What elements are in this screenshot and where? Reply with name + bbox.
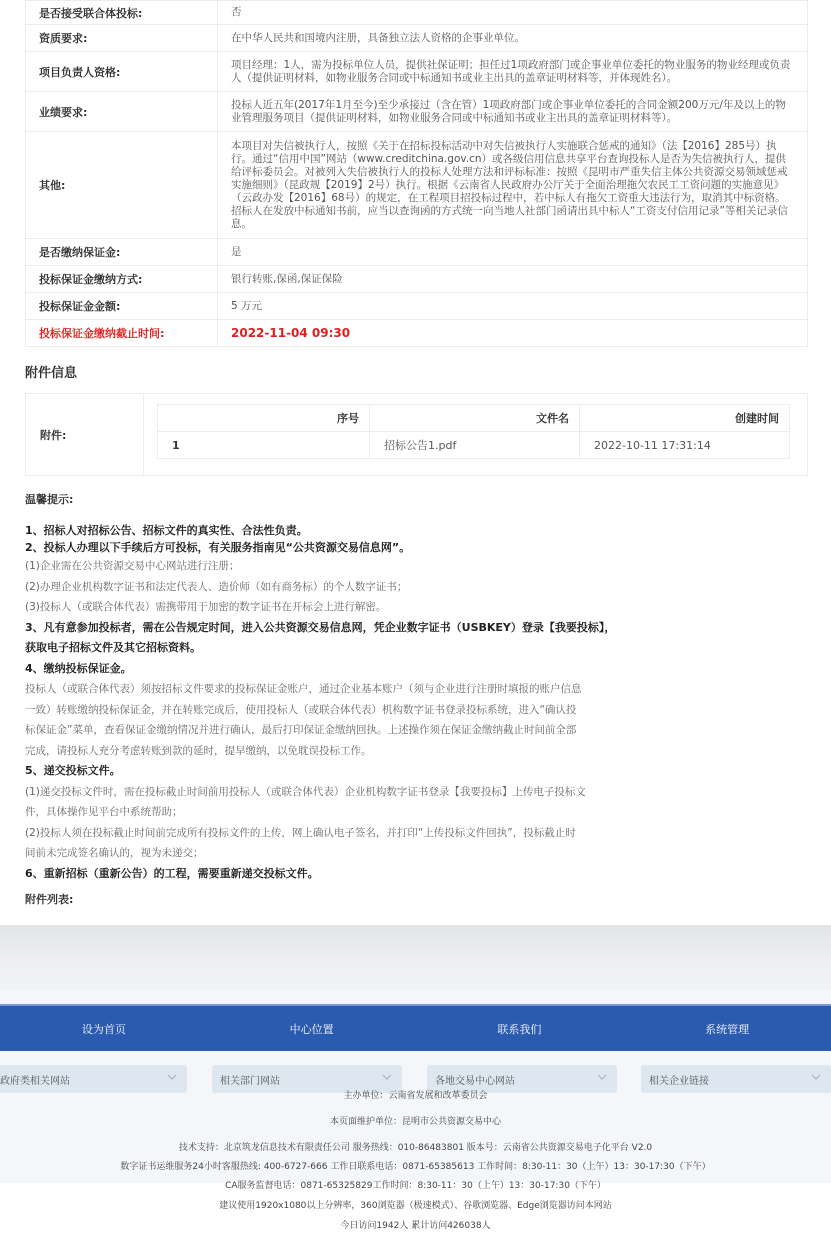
table-row: 1 招标公告1.pdf 2022-10-11 17:31:14 xyxy=(158,432,790,459)
tip-line: 3、凡有意参加投标者，需在公告规定时间，进入公共资源交易信息网，凭企业数字证书（… xyxy=(25,618,625,639)
info-label: 其他: xyxy=(26,132,218,239)
info-value: 在中华人民共和国境内注册，具备独立法人资格的企事业单位。 xyxy=(218,25,808,52)
attachment-created: 2022-10-11 17:31:14 xyxy=(580,432,790,459)
footer-sponsor: 主办单位：云南省发展和改革委员会 xyxy=(0,1088,831,1101)
select-label: 相关部门网站 xyxy=(220,1072,280,1087)
info-row-deposit-amount: 投标保证金金额: 5 万元 xyxy=(26,293,808,320)
info-value: 否 xyxy=(218,1,808,25)
tender-info-table: 是否接受联合体投标: 否 资质要求: 在中华人民共和国境内注册，具备独立法人资格… xyxy=(25,0,808,347)
info-row-deposit-required: 是否缴纳保证金: 是 xyxy=(26,239,808,266)
footer-nav-center-location[interactable]: 中心位置 xyxy=(208,1006,416,1051)
tip-line: 5、递交投标文件。 xyxy=(25,761,625,782)
footer-tech-support: 技术支持：北京筑龙信息技术有限责任公司 服务热线：010-86483801 版本… xyxy=(0,1140,831,1153)
info-row-manager-qualification: 项目负责人资格: 项目经理：1人，需为投标单位人员，提供社保证明；担任过1项政府… xyxy=(26,52,808,92)
tip-line: (2)投标人须在投标截止时间前完成所有投标文件的上传，网上确认电子签名，并打印“… xyxy=(25,823,625,844)
attachment-filename-link[interactable]: 招标公告1.pdf xyxy=(370,432,580,459)
attachments-box: 附件: 序号 文件名 创建时间 1 招标公告1.pdf 2022-10-11 1… xyxy=(25,393,808,476)
attachments-header-row: 序号 文件名 创建时间 xyxy=(158,405,790,432)
info-label: 资质要求: xyxy=(26,25,218,52)
footer-spacer xyxy=(0,990,831,1004)
tip-line: 完成，请投标人充分考虑转账到款的延时，提早缴纳，以免耽误投标工作。 xyxy=(25,741,625,762)
main-content: 是否接受联合体投标: 否 资质要求: 在中华人民共和国境内注册，具备独立法人资格… xyxy=(0,0,831,925)
select-label: 政府类相关网站 xyxy=(0,1072,70,1087)
footer-visit-counter: 今日访问1942人 累计访问426038人 xyxy=(0,1218,831,1231)
chevron-down-icon xyxy=(811,1072,821,1082)
info-value: 5 万元 xyxy=(218,293,808,320)
select-label: 各地交易中心网站 xyxy=(435,1072,515,1087)
tip-line: 获取电子招标文件及其它招标资料。 xyxy=(25,638,625,659)
tip-line: 间前未完成签名确认的，视为未递交； xyxy=(25,843,625,864)
select-label: 相关企业链接 xyxy=(649,1072,709,1087)
footer-cert-hotline: 数字证书运维服务24小时客服热线: 400-6727-666 工作日联系电话：0… xyxy=(0,1159,831,1172)
tip-line: (1)企业需在公共资源交易中心网站进行注册； xyxy=(25,556,625,577)
attachments-label: 附件: xyxy=(26,394,144,475)
attachment-list-title: 附件列表: xyxy=(25,891,73,907)
footer-nav-set-homepage[interactable]: 设为首页 xyxy=(0,1006,208,1051)
tip-line: 1、招标人对招标公告、招标文件的真实性、合法性负责。 xyxy=(25,522,625,539)
tip-line: 2、投标人办理以下手续后方可投标，有关服务指南见“公共资源交易信息网”。 xyxy=(25,539,625,556)
attachments-table: 序号 文件名 创建时间 1 招标公告1.pdf 2022-10-11 17:31… xyxy=(157,404,790,459)
tip-line: 投标人（或联合体代表）须按招标文件要求的投标保证金账户，通过企业基本账户（须与企… xyxy=(25,679,625,700)
info-label: 业绩要求: xyxy=(26,92,218,132)
tip-line: 件，具体操作见平台中系统帮助； xyxy=(25,802,625,823)
tip-line: (3)投标人（或联合体代表）需携带用于加密的数字证书在开标会上进行解密。 xyxy=(25,597,625,618)
info-row-performance: 业绩要求: 投标人近五年(2017年1月至今)至少承接过（含在管）1项政府部门或… xyxy=(26,92,808,132)
footer-ca-hotline: CA服务监督电话：0871-65325829工作时间：8:30-11：30（上午… xyxy=(0,1178,831,1191)
footer-maintainer: 本页面维护单位：昆明市公共资源交易中心 xyxy=(0,1114,831,1127)
info-label: 投标保证金金额: xyxy=(26,293,218,320)
column-header-index: 序号 xyxy=(158,405,370,432)
chevron-down-icon xyxy=(597,1072,607,1082)
footer-browser-recommendation: 建议使用1920x1080以上分辨率，360浏览器（极速模式）、谷歌浏览器、Ed… xyxy=(0,1198,831,1211)
info-value: 银行转账,保函,保证保险 xyxy=(218,266,808,293)
tip-line: (1)递交投标文件时，需在投标截止时间前用投标人（或联合体代表）企业机构数字证书… xyxy=(25,782,625,803)
info-label: 投标保证金缴纳方式: xyxy=(26,266,218,293)
tips-title: 温馨提示: xyxy=(25,491,73,507)
tip-line: 一致）转账缴纳投标保证金，并在转账完成后，使用投标人（或联合体代表）机构数字证书… xyxy=(25,700,625,721)
tip-line: 标保证金”菜单，查看保证金缴纳情况并进行确认，最后打印保证金缴纳回执。上述操作须… xyxy=(25,720,625,741)
tip-line: 6、重新招标（重新公告）的工程，需要重新递交投标文件。 xyxy=(25,864,625,885)
info-label: 投标保证金缴纳截止时间: xyxy=(26,320,218,347)
info-row-deposit-deadline: 投标保证金缴纳截止时间: 2022-11-04 09:30 xyxy=(26,320,808,347)
info-row-other: 其他: 本项目对失信被执行人，按照《关于在招标投标活动中对失信被执行人实施联合惩… xyxy=(26,132,808,239)
chevron-down-icon xyxy=(382,1072,392,1082)
column-header-created: 创建时间 xyxy=(580,405,790,432)
tips-list: 1、招标人对招标公告、招标文件的真实性、合法性负责。2、投标人办理以下手续后方可… xyxy=(25,522,625,884)
attachment-index: 1 xyxy=(158,432,370,459)
footer-nav-contact-us[interactable]: 联系我们 xyxy=(416,1006,624,1051)
info-value: 项目经理：1人，需为投标单位人员，提供社保证明；担任过1项政府部门或企事业单位委… xyxy=(218,52,808,92)
info-label: 是否接受联合体投标: xyxy=(26,1,218,25)
info-row-deposit-method: 投标保证金缴纳方式: 银行转账,保函,保证保险 xyxy=(26,266,808,293)
info-label: 是否缴纳保证金: xyxy=(26,239,218,266)
info-value: 投标人近五年(2017年1月至今)至少承接过（含在管）1项政府部门或企事业单位委… xyxy=(218,92,808,132)
info-row-joint-bid: 是否接受联合体投标: 否 xyxy=(26,1,808,25)
tip-line: (2)办理企业机构数字证书和法定代表人、造价师（如有商务标）的个人数字证书； xyxy=(25,577,625,598)
info-label: 项目负责人资格: xyxy=(26,52,218,92)
attachments-section-title: 附件信息 xyxy=(25,362,77,381)
deadline-value: 2022-11-04 09:30 xyxy=(218,320,808,347)
footer-shadow-band xyxy=(0,925,831,990)
info-row-qualification: 资质要求: 在中华人民共和国境内注册，具备独立法人资格的企事业单位。 xyxy=(26,25,808,52)
info-value: 是 xyxy=(218,239,808,266)
info-value: 本项目对失信被执行人，按照《关于在招标投标活动中对失信被执行人实施联合惩戒的通知… xyxy=(218,132,808,239)
footer-nav: 设为首页 中心位置 联系我们 系统管理 xyxy=(0,1004,831,1051)
tip-line: 4、缴纳投标保证金。 xyxy=(25,659,625,680)
chevron-down-icon xyxy=(167,1072,177,1082)
column-header-filename: 文件名 xyxy=(370,405,580,432)
footer-nav-system-admin[interactable]: 系统管理 xyxy=(623,1006,831,1051)
